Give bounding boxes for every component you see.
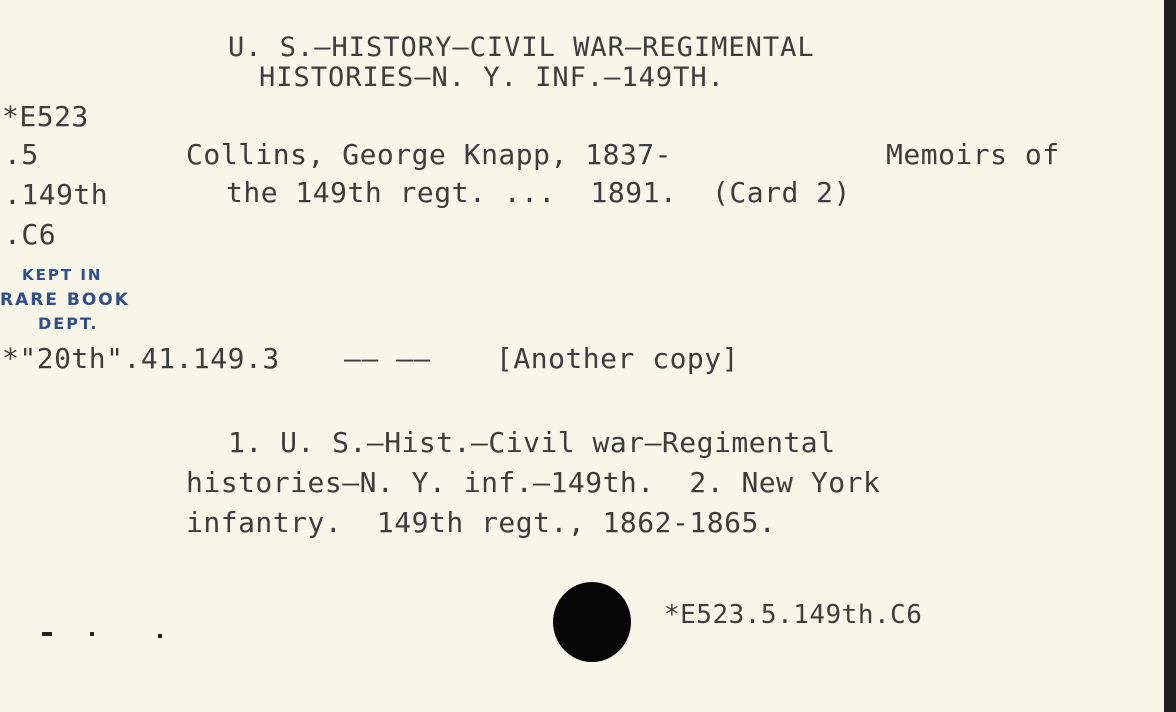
smudge-mark [158,634,162,638]
call-number-line4: .C6 [4,218,56,251]
stamp-line3: DEPT. [38,314,99,333]
entry-title-start: Memoirs of [886,138,1060,171]
subject-heading-line2: HISTORIES—N. Y. INF.—149TH. [259,62,725,93]
stamp-line2: RARE BOOK [0,290,130,310]
smudge-mark [90,632,94,636]
punch-hole [553,582,631,662]
other-copy-note: [Another copy] [496,342,739,375]
tracings-line1: 1. U. S.—Hist.—Civil war—Regimental [228,426,836,459]
smudge-mark [42,632,52,636]
scan-edge [1164,0,1176,712]
call-number-line1: *E523 [2,100,89,133]
call-number-line3: .149th [4,178,108,211]
stamp-line1: KEPT IN [22,266,102,284]
other-copy-dashes: —— —— [344,342,431,375]
entry-line2: the 149th regt. ... 1891. (Card 2) [226,176,851,209]
footer-call-number: *E523.5.149th.C6 [664,600,922,630]
subject-heading-line1: U. S.—HISTORY—CIVIL WAR—REGIMENTAL [228,32,815,63]
other-copy-call-number: *"20th".41.149.3 [2,342,280,375]
tracings-line3: infantry. 149th regt., 1862-1865. [186,506,776,539]
entry-author: Collins, George Knapp, 1837- [186,138,672,171]
tracings-line2: histories—N. Y. inf.—149th. 2. New York [186,466,880,499]
catalog-card: U. S.—HISTORY—CIVIL WAR—REGIMENTAL HISTO… [0,0,1164,712]
call-number-line2: .5 [4,138,39,171]
